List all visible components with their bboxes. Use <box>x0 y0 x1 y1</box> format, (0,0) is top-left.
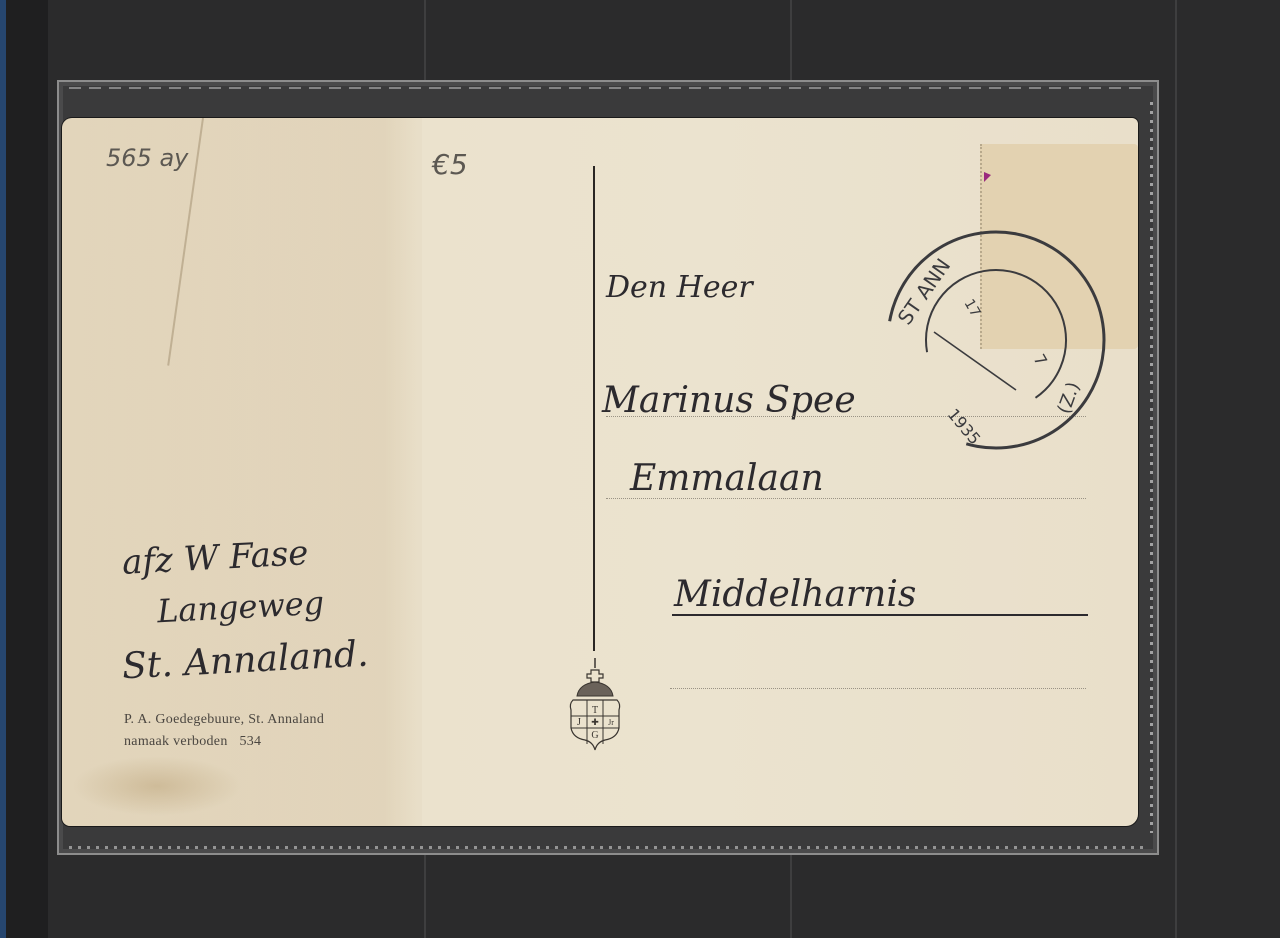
publisher-imprint: P. A. Goedegebuure, St. Annaland <box>124 712 324 728</box>
recipient-salutation: Den Heer <box>606 270 753 305</box>
postmark-town: ST ANN <box>893 254 956 329</box>
torn-stamp-area <box>980 144 1138 349</box>
svg-text:J: J <box>577 717 581 728</box>
sleeve-edge-right <box>1150 102 1153 833</box>
publisher-crest-icon: T J ✚ Jr G <box>565 658 625 756</box>
svg-text:G: G <box>591 730 598 741</box>
stamp-ink-remnant <box>984 172 991 182</box>
sleeve-edge-bottom <box>69 846 1147 849</box>
postcard-back: 565 ay €5 afz W Fase Langeweg St. Annala… <box>62 118 1138 826</box>
address-divider <box>593 166 595 651</box>
recipient-city: Middelharnis <box>674 574 916 615</box>
background-band <box>6 0 48 938</box>
address-line-2 <box>606 498 1086 499</box>
recipient-name: Marinus Spee <box>602 380 856 421</box>
svg-text:✚: ✚ <box>591 717 599 727</box>
address-line-1 <box>606 416 1086 417</box>
notice-text: namaak verboden <box>124 734 228 749</box>
svg-text:Jr: Jr <box>608 718 614 727</box>
svg-text:T: T <box>592 705 598 716</box>
city-underline <box>672 614 1088 616</box>
recipient-street: Emmalaan <box>630 458 824 499</box>
stain <box>72 756 242 816</box>
background-seam <box>1175 0 1177 938</box>
address-line-4 <box>670 688 1086 689</box>
card-number: 534 <box>239 734 261 749</box>
postmark-month: 7 <box>1030 351 1052 369</box>
postmark-region: (Z.) <box>1054 379 1085 416</box>
copyright-notice: namaak verboden 534 <box>124 734 261 750</box>
sleeve-edge-top <box>69 87 1147 89</box>
catalog-code-note: 565 ay <box>106 144 188 172</box>
postmark-year: 1935 <box>944 405 985 448</box>
price-note: €5 <box>432 148 468 181</box>
